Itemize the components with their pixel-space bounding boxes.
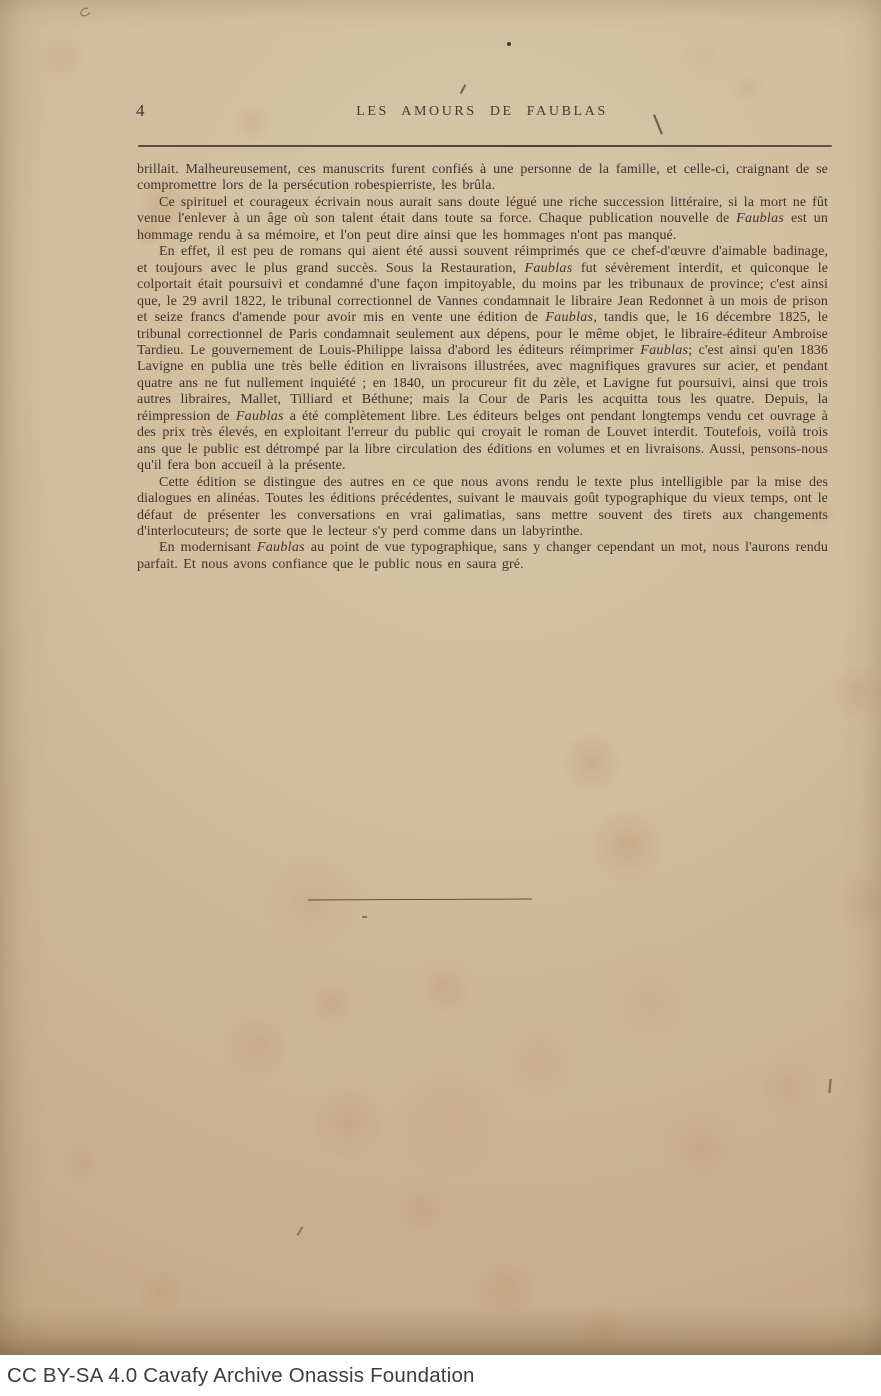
ink-speck (507, 42, 511, 46)
paragraph: En modernisant Faublas au point de vue t… (137, 540, 828, 573)
scan-mark-dash (362, 916, 367, 918)
book-page-scan: 4 LES AMOURS DE FAUBLAS brillait. Malheu… (0, 0, 881, 1355)
license-text: CC BY-SA 4.0 Cavafy Archive Onassis Foun… (0, 1364, 475, 1388)
paragraph: brillait. Malheureusement, ces manuscrit… (137, 162, 828, 195)
scan-mark-tick (828, 1079, 831, 1093)
license-bar: CC BY-SA 4.0 Cavafy Archive Onassis Foun… (0, 1355, 881, 1396)
paragraph: Ce spirituel et courageux écrivain nous … (137, 195, 828, 244)
section-divider-rule (308, 899, 532, 901)
scan-mark-curl (79, 6, 92, 18)
header-rule (138, 145, 832, 147)
paragraph: Cette édition se distingue des autres en… (137, 475, 828, 541)
paragraph: En effet, il est peu de romans qui aient… (137, 244, 828, 474)
running-title: LES AMOURS DE FAUBLAS (137, 104, 827, 120)
scan-mark-slash (460, 84, 466, 94)
body-text: brillait. Malheureusement, ces manuscrit… (137, 162, 828, 573)
scan-mark-stroke (297, 1226, 303, 1235)
